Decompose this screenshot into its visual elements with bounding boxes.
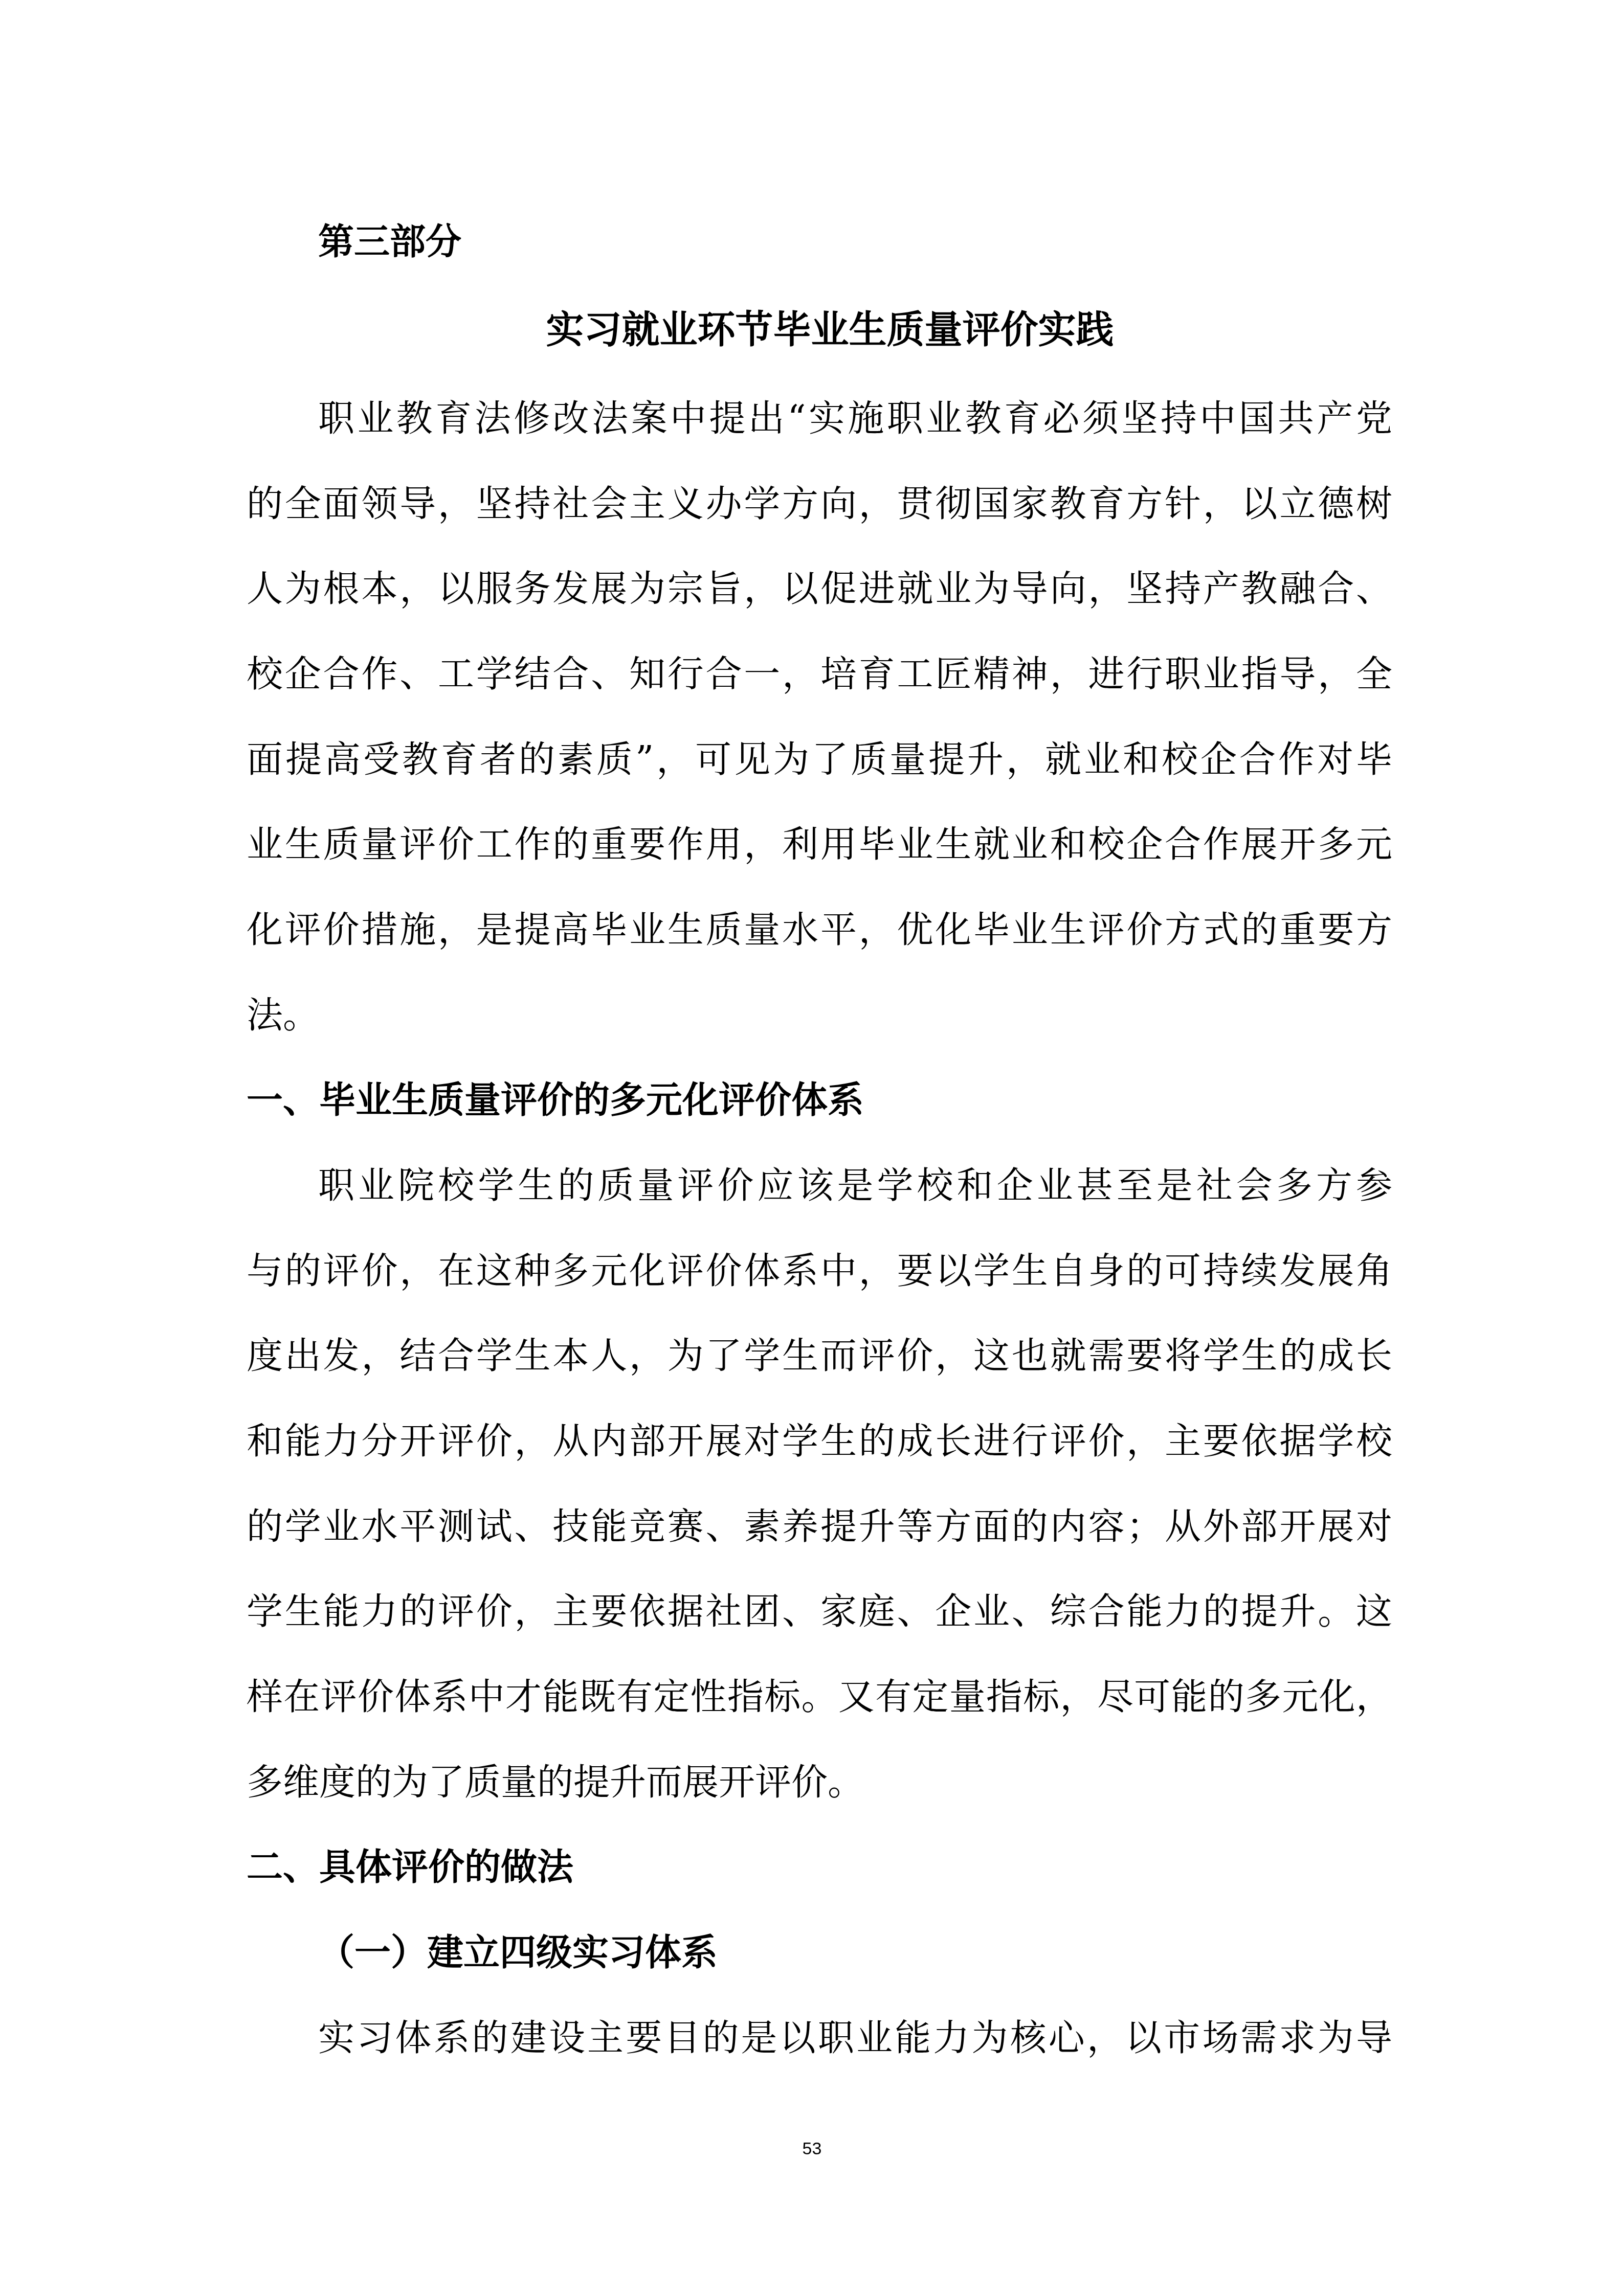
section-heading-2: 二、具体评价的做法 [247, 1844, 573, 1890]
paragraph-line: 职业教育法修改法案中提出“实施职业教育必须坚持中国共产党 [318, 395, 1392, 441]
paragraph-line: 与的评价，在这种多元化评价体系中，要以学生自身的可持续发展角 [247, 1248, 1392, 1294]
paragraph-line: 样在评价体系中才能既有定性指标。又有定量指标，尽可能的多元化， [247, 1674, 1392, 1720]
paragraph-line: 校企合作、工学结合、知行合一，培育工匠精神，进行职业指导，全 [247, 651, 1392, 697]
paragraph-line: 实习体系的建设主要目的是以职业能力为核心，以市场需求为导 [318, 2015, 1392, 2061]
paragraph-line: 职业院校学生的质量评价应该是学校和企业甚至是社会多方参 [318, 1162, 1392, 1208]
document-page: 第三部分 实习就业环节毕业生质量评价实践 职业教育法修改法案中提出“实施职业教育… [0, 0, 1624, 2296]
paragraph-line: 人为根本，以服务发展为宗旨，以促进就业为导向，坚持产教融合、 [247, 566, 1392, 612]
paragraph-line: 面提高受教育者的素质”，可见为了质量提升，就业和校企合作对毕 [247, 736, 1392, 782]
paragraph-line: 的全面领导，坚持社会主义办学方向，贯彻国家教育方针，以立德树 [247, 481, 1392, 527]
paragraph-line: 度出发，结合学生本人，为了学生而评价，这也就需要将学生的成长 [247, 1333, 1392, 1379]
paragraph-line: 化评价措施，是提高毕业生质量水平，优化毕业生评价方式的重要方 [247, 907, 1392, 953]
paragraph-line: 学生能力的评价，主要依据社团、家庭、企业、综合能力的提升。这 [247, 1588, 1392, 1634]
paragraph-line: 多维度的为了质量的提升而展开评价。 [247, 1759, 1392, 1805]
section-heading-1: 一、毕业生质量评价的多元化评价体系 [247, 1077, 864, 1123]
paragraph-line: 业生质量评价工作的重要作用，利用毕业生就业和校企合作展开多元 [247, 821, 1392, 867]
subsection-heading-1: （一）建立四级实习体系 [318, 1929, 718, 1975]
document-title: 实习就业环节毕业生质量评价实践 [0, 307, 1624, 353]
part-label: 第三部分 [318, 219, 461, 265]
paragraph-line: 和能力分开评价，从内部开展对学生的成长进行评价，主要依据学校 [247, 1418, 1392, 1464]
paragraph-line: 法。 [247, 992, 1392, 1038]
page-number: 53 [0, 2137, 1624, 2160]
paragraph-line: 的学业水平测试、技能竞赛、素养提升等方面的内容；从外部开展对 [247, 1503, 1392, 1549]
